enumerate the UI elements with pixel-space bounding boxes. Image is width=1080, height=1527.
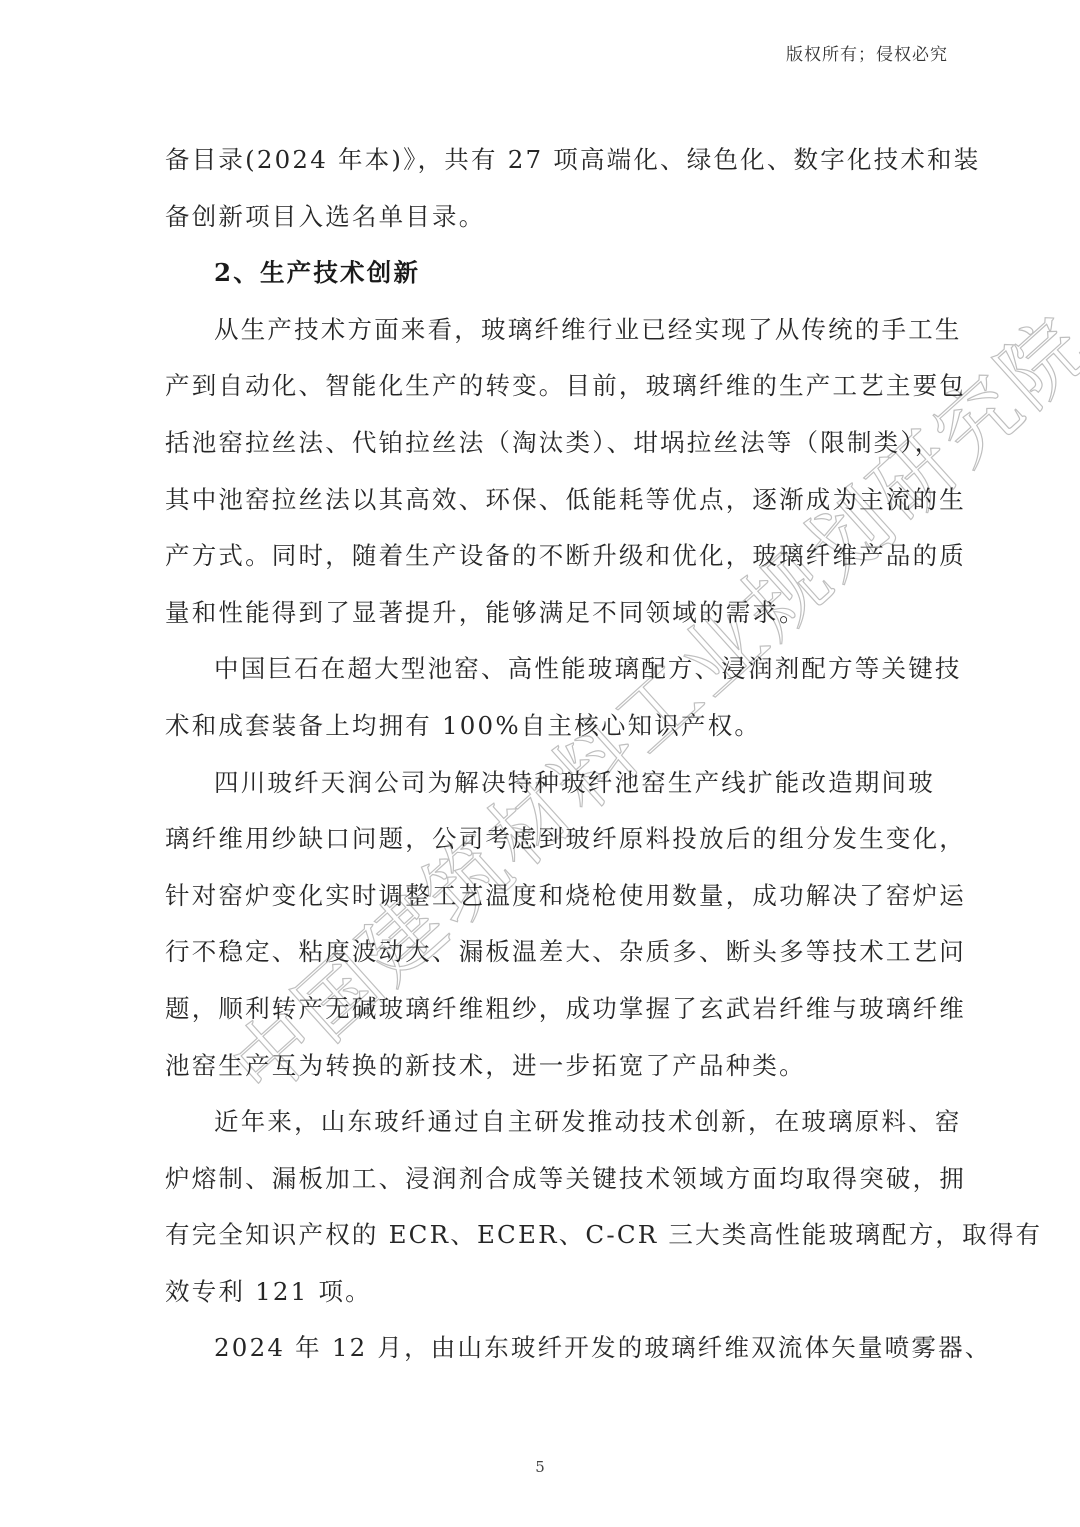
paragraph-line: 量和性能得到了显著提升，能够满足不同领域的需求。 [165, 591, 917, 648]
paragraph-line: 术和成套装备上均拥有 100%自主核心知识产权。 [165, 704, 917, 761]
paragraph-line: 产到自动化、智能化生产的转变。目前，玻璃纤维的生产工艺主要包 [165, 364, 917, 421]
paragraph-line: 璃纤维用纱缺口问题，公司考虑到玻纤原料投放后的组分发生变化， [165, 817, 917, 874]
paragraph-line: 行不稳定、粘度波动大、漏板温差大、杂质多、断头多等技术工艺问 [165, 930, 917, 987]
document-body: 备目录(2024 年本)》，共有 27 项高端化、绿色化、数字化技术和装 备创新… [165, 138, 917, 1383]
paragraph-line: 有完全知识产权的 ECR、ECER、C-CR 三大类高性能玻璃配方，取得有 [165, 1213, 917, 1270]
paragraph-line: 2024 年 12 月，由山东玻纤开发的玻璃纤维双流体矢量喷雾器、 [165, 1326, 917, 1383]
paragraph-line: 括池窑拉丝法、代铂拉丝法（淘汰类）、坩埚拉丝法等（限制类）， [165, 421, 917, 478]
paragraph-line: 其中池窑拉丝法以其高效、环保、低能耗等优点，逐渐成为主流的生 [165, 478, 917, 535]
paragraph-line: 针对窑炉变化实时调整工艺温度和烧枪使用数量，成功解决了窑炉运 [165, 874, 917, 931]
paragraph-line: 效专利 121 项。 [165, 1270, 917, 1327]
paragraph-line: 近年来，山东玻纤通过自主研发推动技术创新，在玻璃原料、窑 [165, 1100, 917, 1157]
paragraph-line: 四川玻纤天润公司为解决特种玻纤池窑生产线扩能改造期间玻 [165, 761, 917, 818]
paragraph-line: 池窑生产互为转换的新技术，进一步拓宽了产品种类。 [165, 1044, 917, 1101]
paragraph-line: 产方式。同时，随着生产设备的不断升级和优化，玻璃纤维产品的质 [165, 534, 917, 591]
paragraph-line: 从生产技术方面来看，玻璃纤维行业已经实现了从传统的手工生 [165, 308, 917, 365]
paragraph-line: 炉熔制、漏板加工、浸润剂合成等关键技术领域方面均取得突破，拥 [165, 1157, 917, 1214]
paragraph-line: 备目录(2024 年本)》，共有 27 项高端化、绿色化、数字化技术和装 [165, 138, 917, 195]
paragraph-line: 题，顺利转产无碱玻璃纤维粗纱，成功掌握了玄武岩纤维与玻璃纤维 [165, 987, 917, 1044]
paragraph-line: 中国巨石在超大型池窑、高性能玻璃配方、浸润剂配方等关键技 [165, 647, 917, 704]
paragraph-line: 备创新项目入选名单目录。 [165, 195, 917, 252]
section-heading: 2、生产技术创新 [165, 251, 917, 308]
page-number: 5 [0, 1458, 1080, 1476]
copyright-notice: 版权所有；侵权必究 [786, 40, 948, 65]
